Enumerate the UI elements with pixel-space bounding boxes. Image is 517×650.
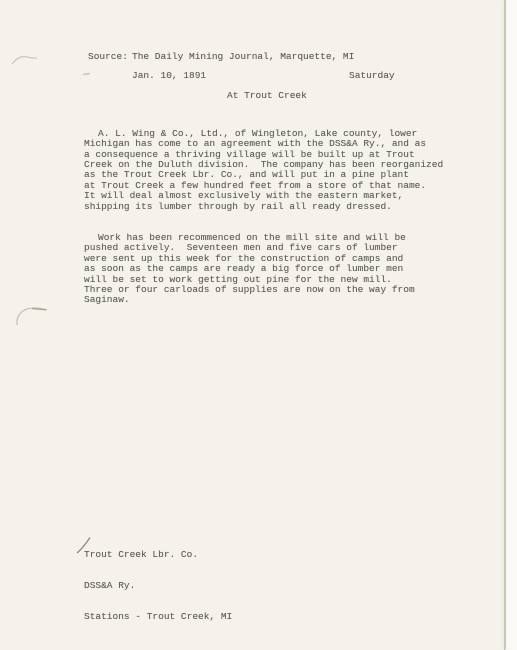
document-date: Jan. 10, 1891 [132, 71, 206, 81]
document-weekday: Saturday [349, 71, 395, 81]
check-mark-icon [75, 536, 93, 555]
scanned-document-page: Source: The Daily Mining Journal, Marque… [0, 0, 517, 650]
footer-railway-line: DSS&A Ry. [84, 581, 232, 591]
source-value: The Daily Mining Journal, Marquette, MI [132, 52, 354, 62]
source-label: Source: [88, 52, 128, 62]
article-paragraph: A. L. Wing & Co., Ltd., of Wingleton, La… [84, 129, 443, 212]
article-body: A. L. Wing & Co., Ltd., of Wingleton, La… [84, 108, 443, 327]
pencil-smudge-mark [83, 73, 90, 76]
footer-company-line: Trout Creek Lbr. Co. [84, 550, 232, 560]
article-paragraph: Work has been recommenced on the mill si… [84, 233, 443, 306]
article-headline: At Trout Creek [227, 91, 307, 101]
pencil-mark-icon [11, 52, 39, 68]
pencil-mark-icon [13, 305, 51, 329]
footer-station-line: Stations - Trout Creek, MI [84, 612, 232, 622]
scan-background [506, 0, 517, 650]
index-footer: Trout Creek Lbr. Co. DSS&A Ry. Stations … [84, 529, 232, 643]
